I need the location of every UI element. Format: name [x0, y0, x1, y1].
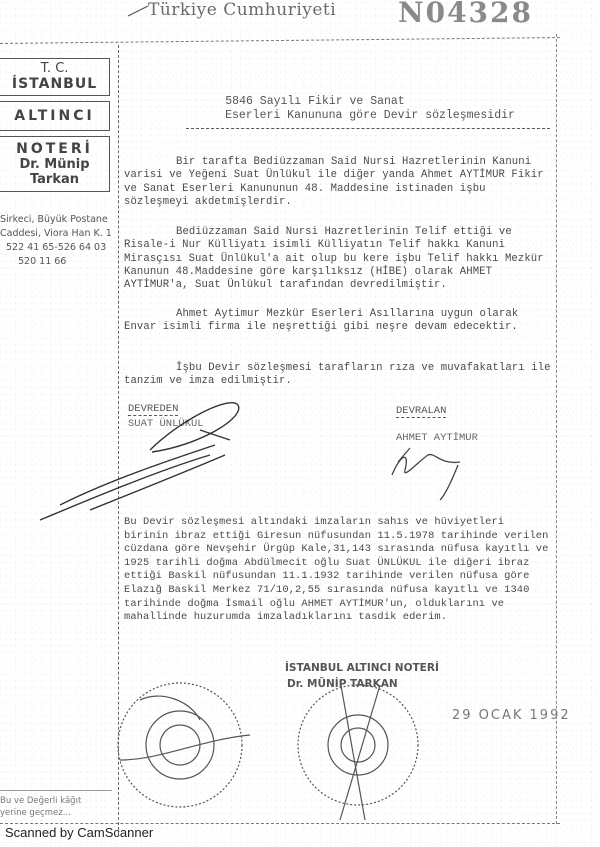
notary-certification-paragraph: Bu Devir sözleşmesi altındaki imzaların … [124, 516, 554, 625]
notary-stamp-line1: İSTANBUL ALTINCI NOTERİ [285, 660, 439, 676]
transferee-name: AHMET AYTİMUR [396, 432, 478, 444]
paragraph-indent [124, 226, 176, 238]
paragraph-2-text: Bediüzzaman Said Nursi Hazretlerinin Tel… [124, 226, 550, 291]
notary-address-line1: Sirkeci, Büyük Postane [0, 213, 115, 227]
serial-number: N04328 [398, 0, 533, 29]
margin-footer-note: Bu ve Değerli kâğıt yerine geçmez... [0, 790, 112, 819]
notary-box-ordinal-cell: ALTINCI [0, 101, 110, 131]
paragraph-indent [124, 362, 176, 374]
notary-phone-line1: 522 41 65-526 64 03 [0, 241, 115, 255]
paragraph-4-text: İşbu Devir sözleşmesi tarafların rıza ve… [124, 362, 557, 387]
bottom-rule [0, 823, 560, 824]
notary-box-name-cell: NOTERİ Dr. Münip Tarkan [0, 136, 110, 192]
transferee-signature-icon [392, 448, 460, 500]
notary-address-line2: Caddesi, Viora Han K. 1 [0, 227, 115, 241]
document-heading-line1: 5846 Sayılı Fikir ve Sanat [190, 95, 550, 109]
notary-ordinal: ALTINCI [0, 102, 109, 130]
heading-underline [186, 128, 550, 129]
document-heading: 5846 Sayılı Fikir ve Sanat Eserleri Kanu… [190, 95, 550, 123]
right-margin-rule [556, 34, 557, 824]
notary-stamp-line2: Dr. MÜNİP TARKAN [285, 676, 439, 692]
notary-office: NOTERİ [0, 137, 109, 157]
notary-phone-line2: 520 11 66 [0, 255, 115, 269]
notary-seal-left-icon [118, 683, 250, 807]
paragraph-3-text: Ahmet Aytimur Mezkür Eserleri Asıllarına… [124, 308, 525, 333]
footer-note-line2: yerine geçmez... [0, 807, 112, 819]
transferor-label: DEVREDEN [128, 403, 178, 416]
paragraph-indent [124, 156, 176, 168]
scanner-watermark: Scanned by CamScanner [5, 825, 153, 840]
paragraph-indent [124, 308, 176, 320]
paragraph-transfer: Bediüzzaman Said Nursi Hazretlerinin Tel… [124, 226, 554, 292]
notary-certification-stamp: İSTANBUL ALTINCI NOTERİ Dr. MÜNİP TARKAN [285, 660, 439, 692]
footer-note-line1: Bu ve Değerli kâğıt [0, 795, 112, 807]
document-header-title: Türkiye Cumhuriyeti [148, 0, 348, 20]
left-column-rule [118, 45, 119, 835]
document-heading-line2: Eserleri Kanununa göre Devir sözleşmesid… [190, 109, 550, 123]
notary-name: Dr. Münip Tarkan [0, 157, 109, 191]
transferee-label: DEVRALAN [396, 405, 446, 418]
notary-seal-right-icon [298, 680, 418, 820]
date-stamp: 29 OCAK 1992 [452, 708, 571, 723]
top-rule [0, 37, 560, 44]
paragraph-1-text: Bir tarafta Bediüzzaman Said Nursi Hazre… [124, 156, 550, 208]
paragraph-publication: Ahmet Aytimur Mezkür Eserleri Asıllarına… [124, 308, 554, 335]
paragraph-parties: Bir tarafta Bediüzzaman Said Nursi Hazre… [124, 156, 554, 209]
notary-tc: T. C. [0, 59, 109, 76]
notary-city: İSTANBUL [0, 76, 109, 95]
paragraph-consent: İşbu Devir sözleşmesi tarafların rıza ve… [124, 362, 554, 389]
notary-box-city-cell: T. C. İSTANBUL [0, 58, 110, 96]
notary-stamp-box: T. C. İSTANBUL ALTINCI NOTERİ Dr. Münip … [0, 58, 110, 197]
notary-address: Sirkeci, Büyük Postane Caddesi, Viora Ha… [0, 213, 115, 269]
transferor-name: SUAT ÜNLÜKUL [128, 418, 204, 430]
header-pen-stroke-icon [128, 6, 148, 16]
